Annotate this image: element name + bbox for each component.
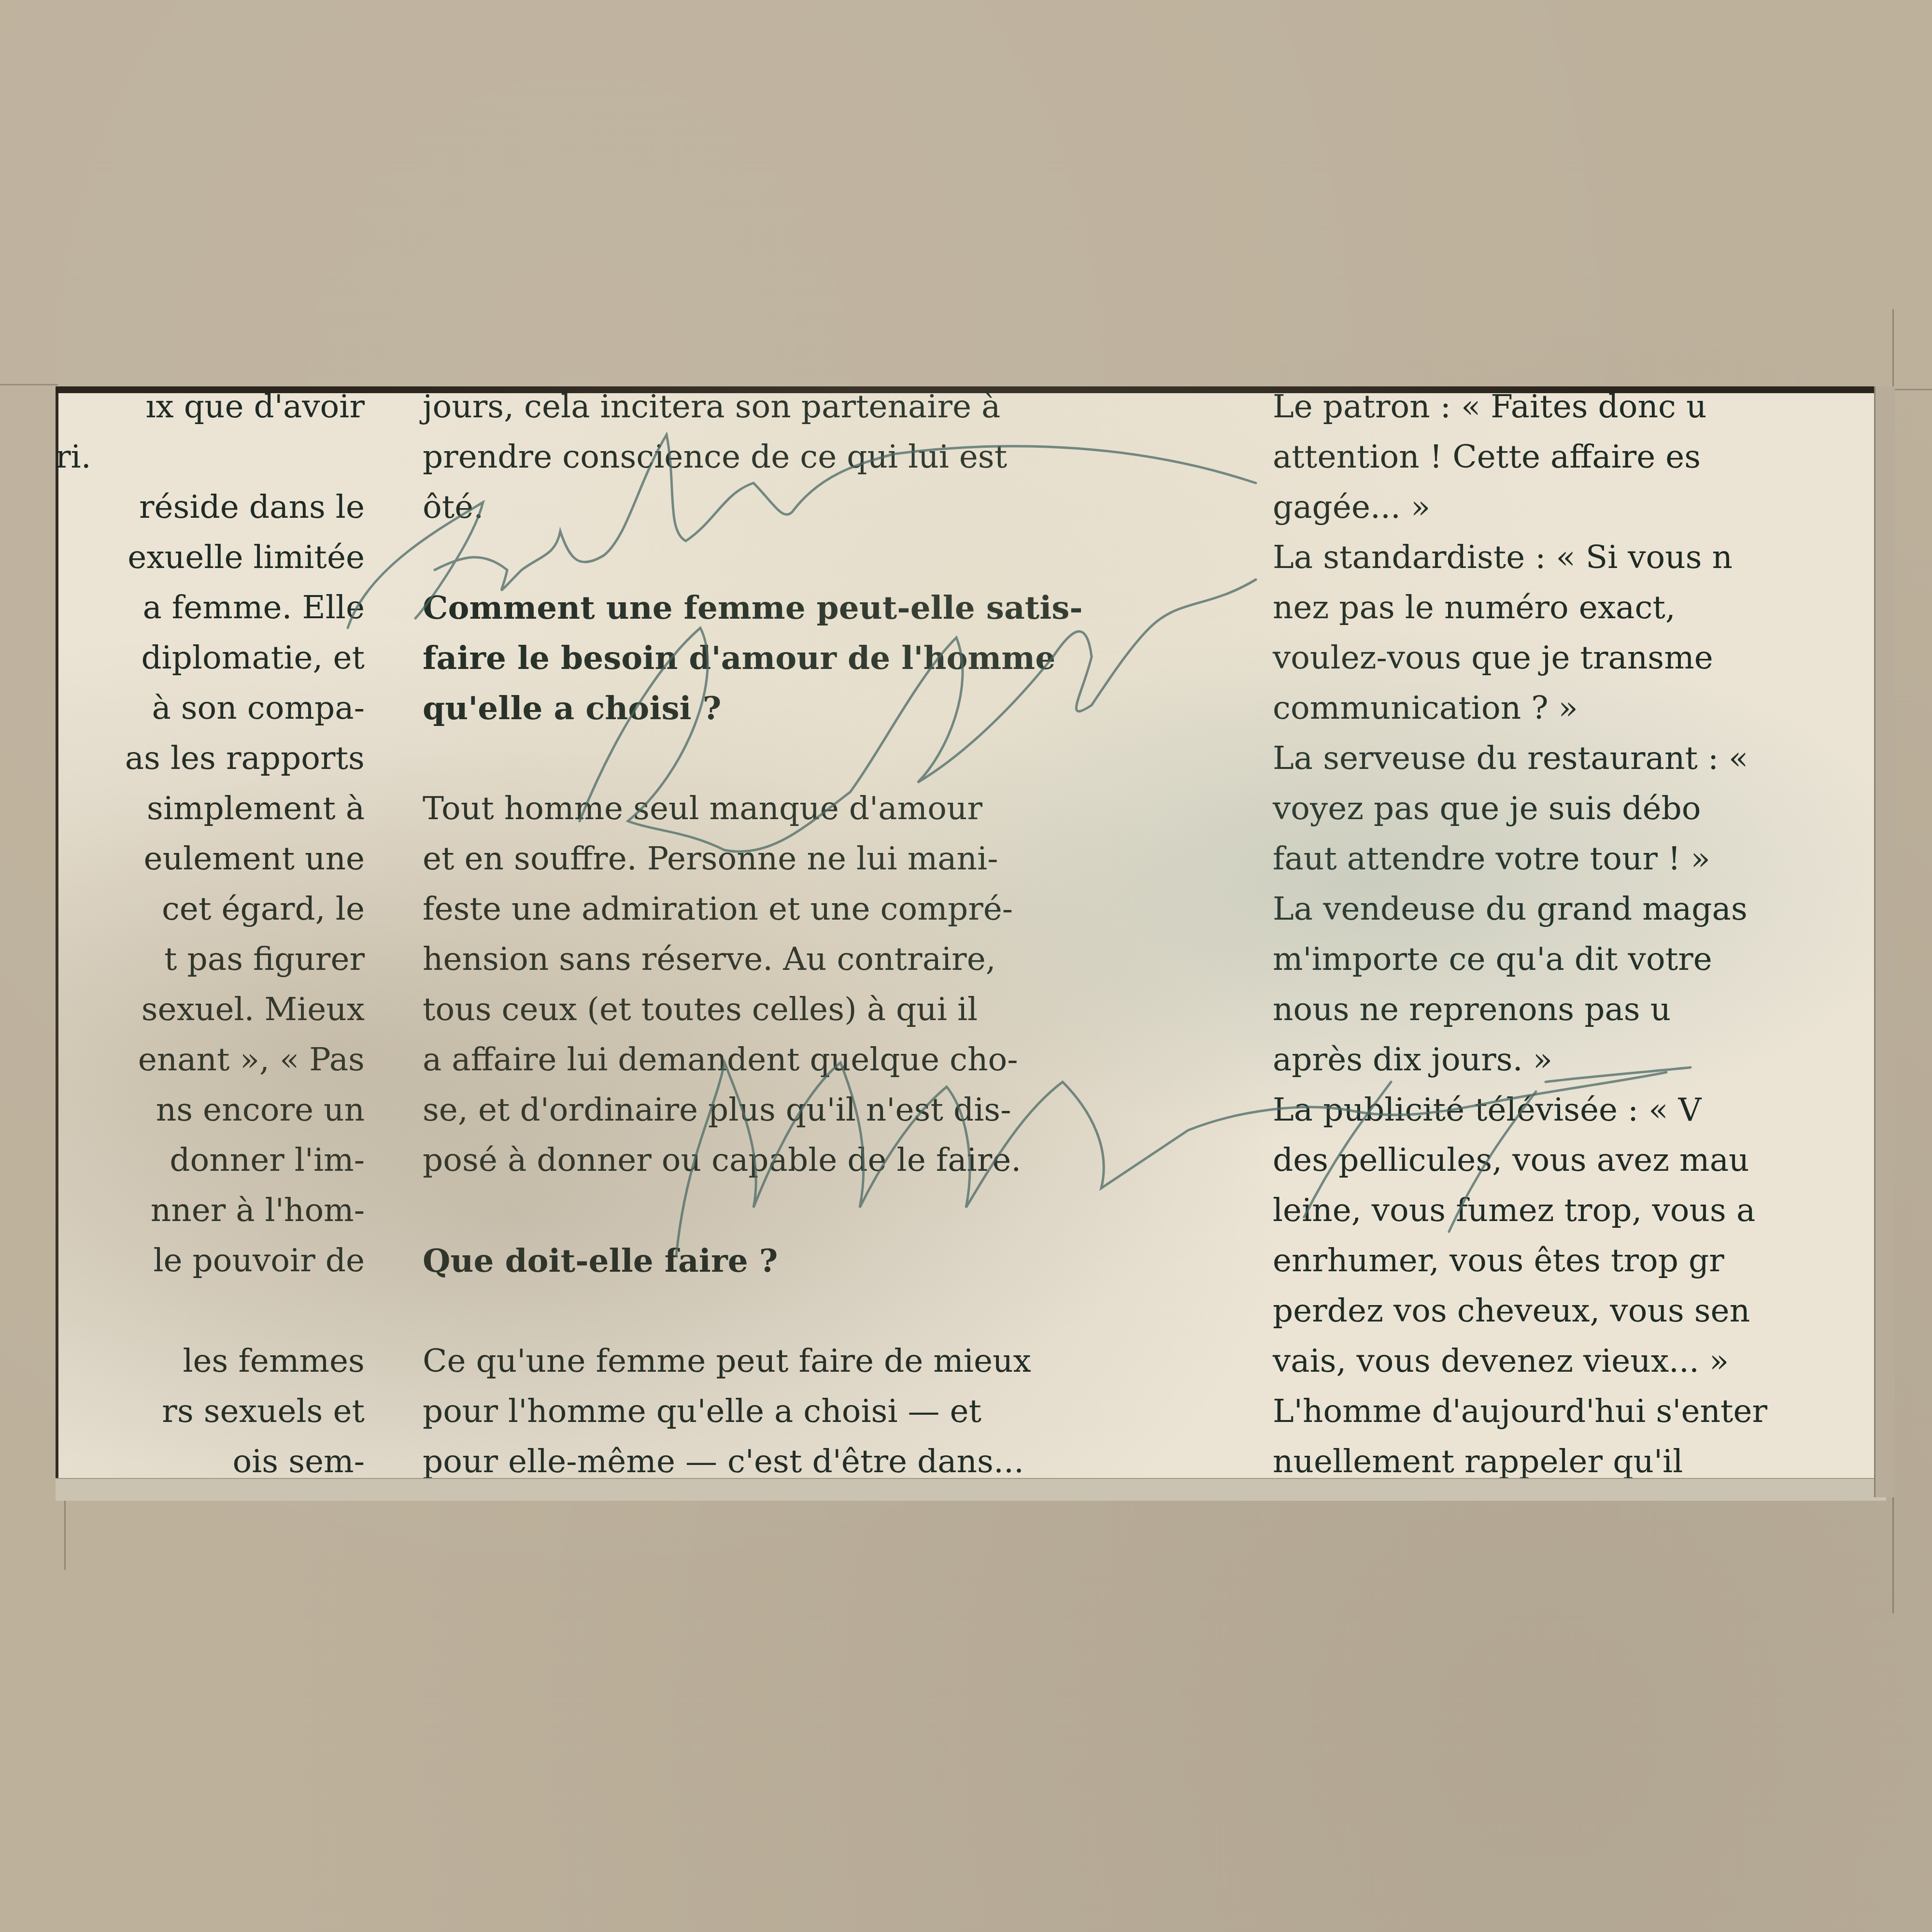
text-line: donner l'im-: [56, 1135, 365, 1185]
text-line: vais, vous devenez vieux... »: [1273, 1336, 1886, 1386]
left-column: ıx que d'avoir ri. réside dans le exuell…: [56, 386, 365, 1487]
text-line: eulement une: [56, 834, 365, 884]
mat-bottom-fold: [56, 1478, 1886, 1501]
text-line: enant », « Pas: [56, 1035, 365, 1085]
text-line: à son compa-: [56, 683, 365, 733]
text-line: faut attendre votre tour ! »: [1273, 834, 1886, 884]
text-line: sexuel. Mieux: [56, 984, 365, 1035]
text-line: a femme. Elle: [56, 582, 365, 633]
text-line: Le patron : « Faites donc u: [1273, 386, 1886, 432]
blank-line: [423, 1286, 1234, 1336]
text-line: La vendeuse du grand magas: [1273, 884, 1886, 934]
text-line: pour l'homme qu'elle a choisi — et: [423, 1386, 1234, 1436]
text-line: ns encore un: [56, 1085, 365, 1135]
text-line: nner à l'hom-: [56, 1185, 365, 1236]
text-line: nous ne reprenons pas u: [1273, 984, 1886, 1035]
text-line: Tout homme seul manque d'amour: [423, 783, 1234, 834]
text-line: communication ? »: [1273, 683, 1886, 733]
mat-right-fold: [1874, 386, 1895, 1497]
mat-score-line-top-right: [1892, 389, 1932, 390]
text-line: tous ceux (et toutes celles) à qui il: [423, 984, 1234, 1035]
text-line: as les rapports: [56, 733, 365, 783]
blank-line: [423, 733, 1234, 783]
text-line: ıx que d'avoir: [56, 386, 365, 432]
text-line: a affaire lui demandent quelque cho-: [423, 1035, 1234, 1085]
text-line: voulez-vous que je transme: [1273, 633, 1886, 683]
mat-score-line-top-left: [0, 384, 58, 385]
text-line: posé à donner ou capable de le faire.: [423, 1135, 1234, 1185]
middle-column: jours, cela incitera son partenaire à pr…: [423, 386, 1234, 1487]
text-line: gagée... »: [1273, 482, 1886, 532]
section-heading: Que doit-elle faire ?: [423, 1236, 1234, 1286]
text-line: t pas figurer: [56, 934, 365, 984]
text-line: rs sexuels et: [56, 1386, 365, 1436]
text-line: La publicité télévisée : « V: [1273, 1085, 1886, 1135]
text-line: leine, vous fumez trop, vous a: [1273, 1185, 1886, 1236]
text-line: La serveuse du restaurant : «: [1273, 733, 1886, 783]
text-line: le pouvoir de: [56, 1236, 365, 1286]
text-line: feste une admiration et une compré-: [423, 884, 1234, 934]
text-line: ri.: [56, 432, 365, 482]
right-column: Le patron : « Faites donc u attention ! …: [1273, 386, 1886, 1487]
text-line: prendre conscience de ce qui lui est: [423, 432, 1234, 482]
text-line: cet égard, le: [56, 884, 365, 934]
text-line: ôté.: [423, 482, 1234, 532]
text-line: nez pas le numéro exact,: [1273, 582, 1886, 633]
text-line: voyez pas que je suis débo: [1273, 783, 1886, 834]
section-heading: faire le besoin d'amour de l'homme: [423, 633, 1234, 683]
text-line: exuelle limitée: [56, 532, 365, 582]
blank-line: [423, 1185, 1234, 1236]
clipping-window: ıx que d'avoir ri. réside dans le exuell…: [56, 386, 1886, 1492]
blank-line: [56, 1286, 365, 1336]
text-line: réside dans le: [56, 482, 365, 532]
text-line: La standardiste : « Si vous n: [1273, 532, 1886, 582]
text-line: diplomatie, et: [56, 633, 365, 683]
text-line: L'homme d'aujourd'hui s'enter: [1273, 1386, 1886, 1436]
text-line: perdez vos cheveux, vous sen: [1273, 1286, 1886, 1336]
text-line: attention ! Cette affaire es: [1273, 432, 1886, 482]
text-line: enrhumer, vous êtes trop gr: [1273, 1236, 1886, 1286]
text-line: m'importe ce qu'a dit votre: [1273, 934, 1886, 984]
blank-line: [423, 532, 1234, 582]
text-line: se, et d'ordinaire plus qu'il n'est dis-: [423, 1085, 1234, 1135]
text-line: après dix jours. »: [1273, 1035, 1886, 1085]
text-line: et en souffre. Personne ne lui mani-: [423, 834, 1234, 884]
text-line: les femmes: [56, 1336, 365, 1386]
text-line: des pellicules, vous avez mau: [1273, 1135, 1886, 1185]
text-line: jours, cela incitera son partenaire à: [423, 386, 1234, 432]
section-heading: qu'elle a choisi ?: [423, 683, 1234, 733]
text-line: simplement à: [56, 783, 365, 834]
section-heading: Comment une femme peut-elle satis-: [423, 582, 1234, 633]
text-line: Ce qu'une femme peut faire de mieux: [423, 1336, 1234, 1386]
text-line: hension sans réserve. Au contraire,: [423, 934, 1234, 984]
